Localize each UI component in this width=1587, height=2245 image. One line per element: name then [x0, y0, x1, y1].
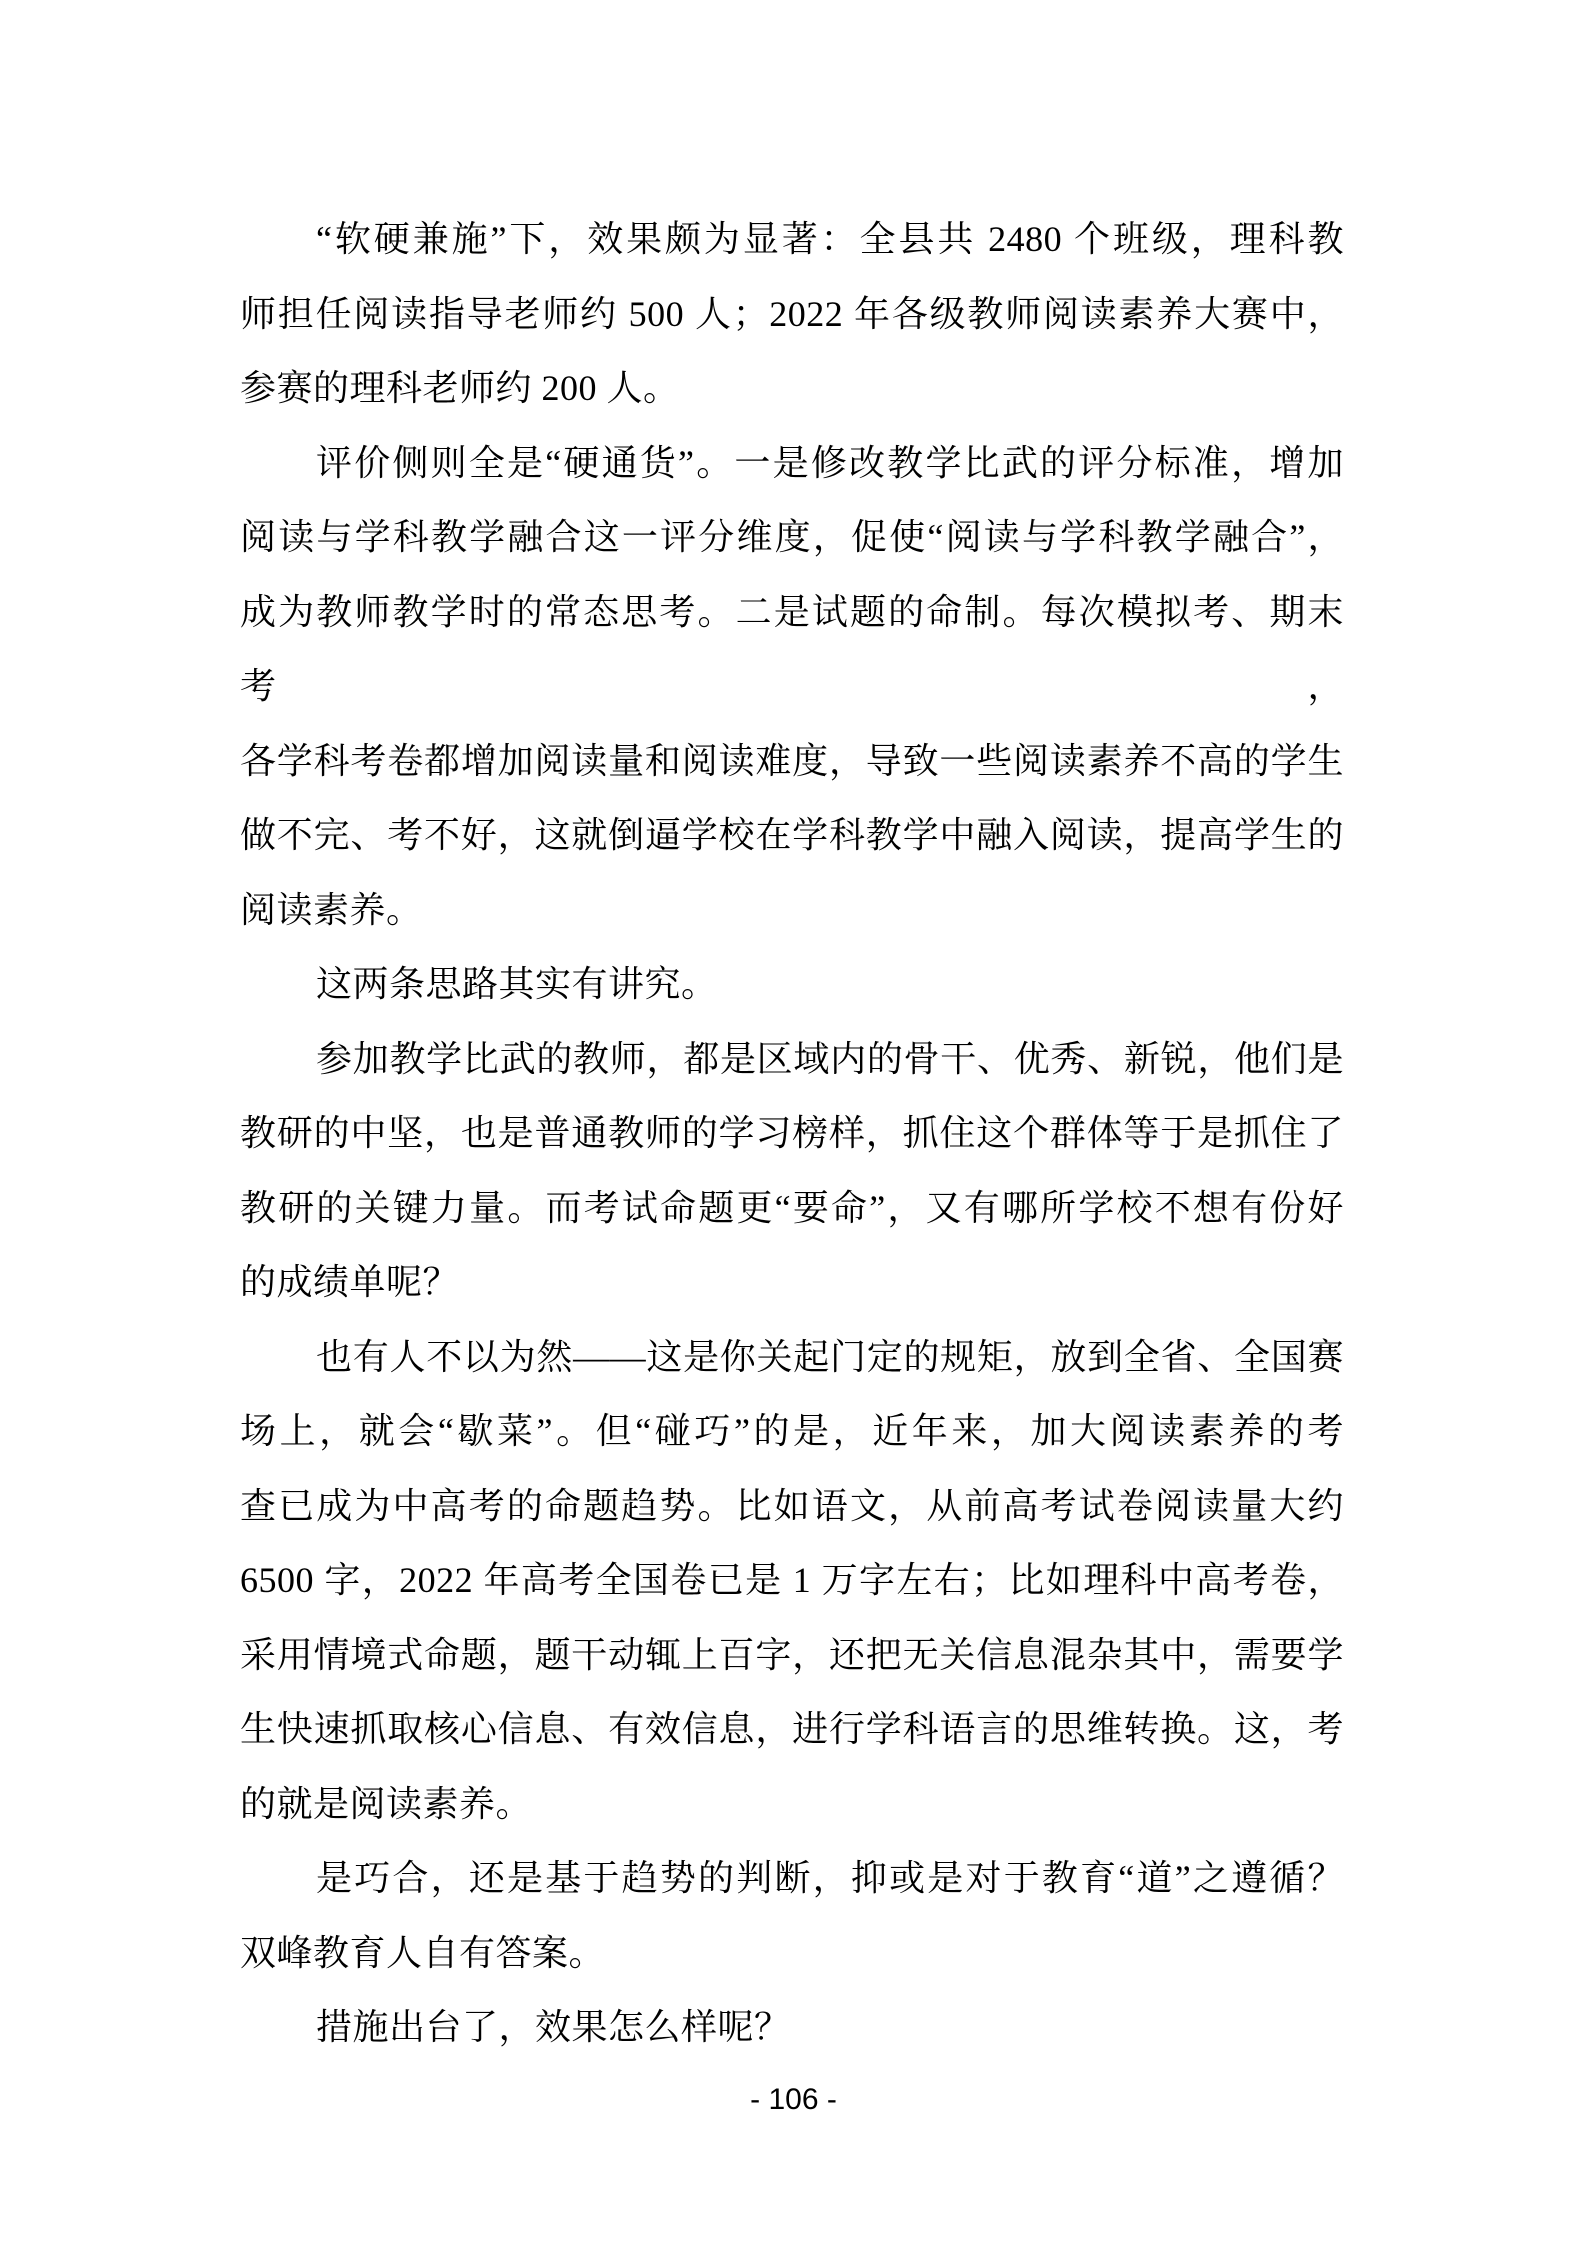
- text-line: 评价侧则全是“硬通货”。一是修改教学比武的评分标准，增加: [240, 426, 1344, 501]
- text-line: “软硬兼施”下，效果颇为显著：全县共 2480 个班级，理科教: [240, 202, 1344, 277]
- text-line: 做不完、考不好，这就倒逼学校在学科教学中融入阅读，提高学生的: [240, 798, 1344, 873]
- text-line: 生快速抓取核心信息、有效信息，进行学科语言的思维转换。这，考: [240, 1692, 1344, 1767]
- text-line: 查已成为中高考的命题趋势。比如语文，从前高考试卷阅读量大约: [240, 1469, 1344, 1544]
- text-line: 这两条思路其实有讲究。: [240, 947, 1344, 1022]
- text-line: 参加教学比武的教师，都是区域内的骨干、优秀、新锐，他们是: [240, 1022, 1344, 1097]
- text-line: 的就是阅读素养。: [240, 1767, 1344, 1842]
- page-number: - 106 -: [0, 2080, 1587, 2120]
- text-line: 双峰教育人自有答案。: [240, 1916, 1344, 1991]
- text-line: 阅读素养。: [240, 873, 1344, 948]
- text-line: 教研的关键力量。而考试命题更“要命”，又有哪所学校不想有份好: [240, 1171, 1344, 1246]
- text-line: 的成绩单呢？: [240, 1245, 1344, 1320]
- text-line: 6500 字，2022 年高考全国卷已是 1 万字左右；比如理科中高考卷，: [240, 1543, 1344, 1618]
- text-line: 措施出台了，效果怎么样呢？: [240, 1990, 1344, 2065]
- text-line: 是巧合，还是基于趋势的判断，抑或是对于教育“道”之遵循？: [240, 1841, 1344, 1916]
- document-page: “软硬兼施”下，效果颇为显著：全县共 2480 个班级，理科教师担任阅读指导老师…: [0, 0, 1587, 2245]
- text-line: 教研的中坚，也是普通教师的学习榜样，抓住这个群体等于是抓住了: [240, 1096, 1344, 1171]
- text-line: 各学科考卷都增加阅读量和阅读难度，导致一些阅读素养不高的学生: [240, 724, 1344, 799]
- text-line: 成为教师教学时的常态思考。二是试题的命制。每次模拟考、期末考，: [240, 575, 1344, 724]
- body-text: “软硬兼施”下，效果颇为显著：全县共 2480 个班级，理科教师担任阅读指导老师…: [240, 202, 1344, 2065]
- text-line: 师担任阅读指导老师约 500 人；2022 年各级教师阅读素养大赛中，: [240, 277, 1344, 352]
- text-line: 也有人不以为然——这是你关起门定的规矩，放到全省、全国赛: [240, 1320, 1344, 1395]
- text-line: 参赛的理科老师约 200 人。: [240, 351, 1344, 426]
- text-line: 采用情境式命题，题干动辄上百字，还把无关信息混杂其中，需要学: [240, 1618, 1344, 1693]
- text-line: 场上，就会“歇菜”。但“碰巧”的是，近年来，加大阅读素养的考: [240, 1394, 1344, 1469]
- text-line: 阅读与学科教学融合这一评分维度，促使“阅读与学科教学融合”，: [240, 500, 1344, 575]
